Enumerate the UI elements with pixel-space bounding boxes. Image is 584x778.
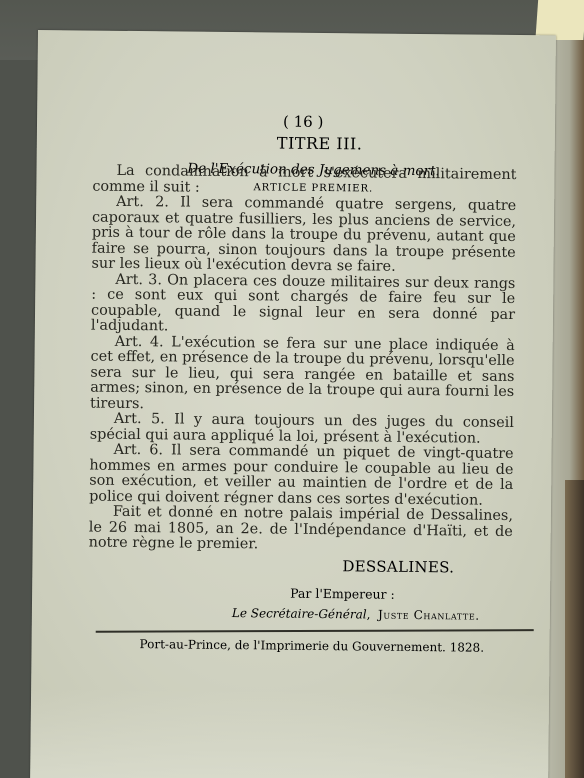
by-order-line: Par l'Empereur :: [290, 586, 395, 602]
paragraph-article-3: Art. 3. On placera ces douze militaires …: [91, 272, 516, 338]
imprint-line: Port-au-Prince, de l'Imprimerie du Gouve…: [140, 637, 485, 655]
page-number: ( 16 ): [283, 113, 324, 131]
secretary-line: Le Secrétaire-Général, Juste Chanlatte.: [232, 606, 480, 623]
secretary-title: Le Secrétaire-Général: [232, 606, 367, 621]
secretary-name: Juste Chanlatte.: [378, 608, 480, 623]
document-page: ( 16 ) TITRE III. De l'Exécution des Jug…: [30, 30, 556, 778]
book-binding-edge: [565, 480, 584, 778]
paragraph-enactment: Fait et donné en notre palais impérial d…: [89, 505, 513, 556]
paragraph-article-6: Art. 6. Il sera commandé un piquet de vi…: [89, 443, 514, 509]
section-title: TITRE III.: [277, 134, 363, 154]
signature: DESSALINES.: [342, 557, 454, 576]
paragraph-article-2: Art. 2. Il sera commandé quatre sergens,…: [91, 195, 516, 277]
document-body: La condamnation à mort s'exécutera milit…: [89, 164, 517, 556]
horizontal-rule: [96, 629, 534, 633]
paragraph-article-4: Art. 4. L'exécution se fera sur une plac…: [90, 334, 515, 416]
